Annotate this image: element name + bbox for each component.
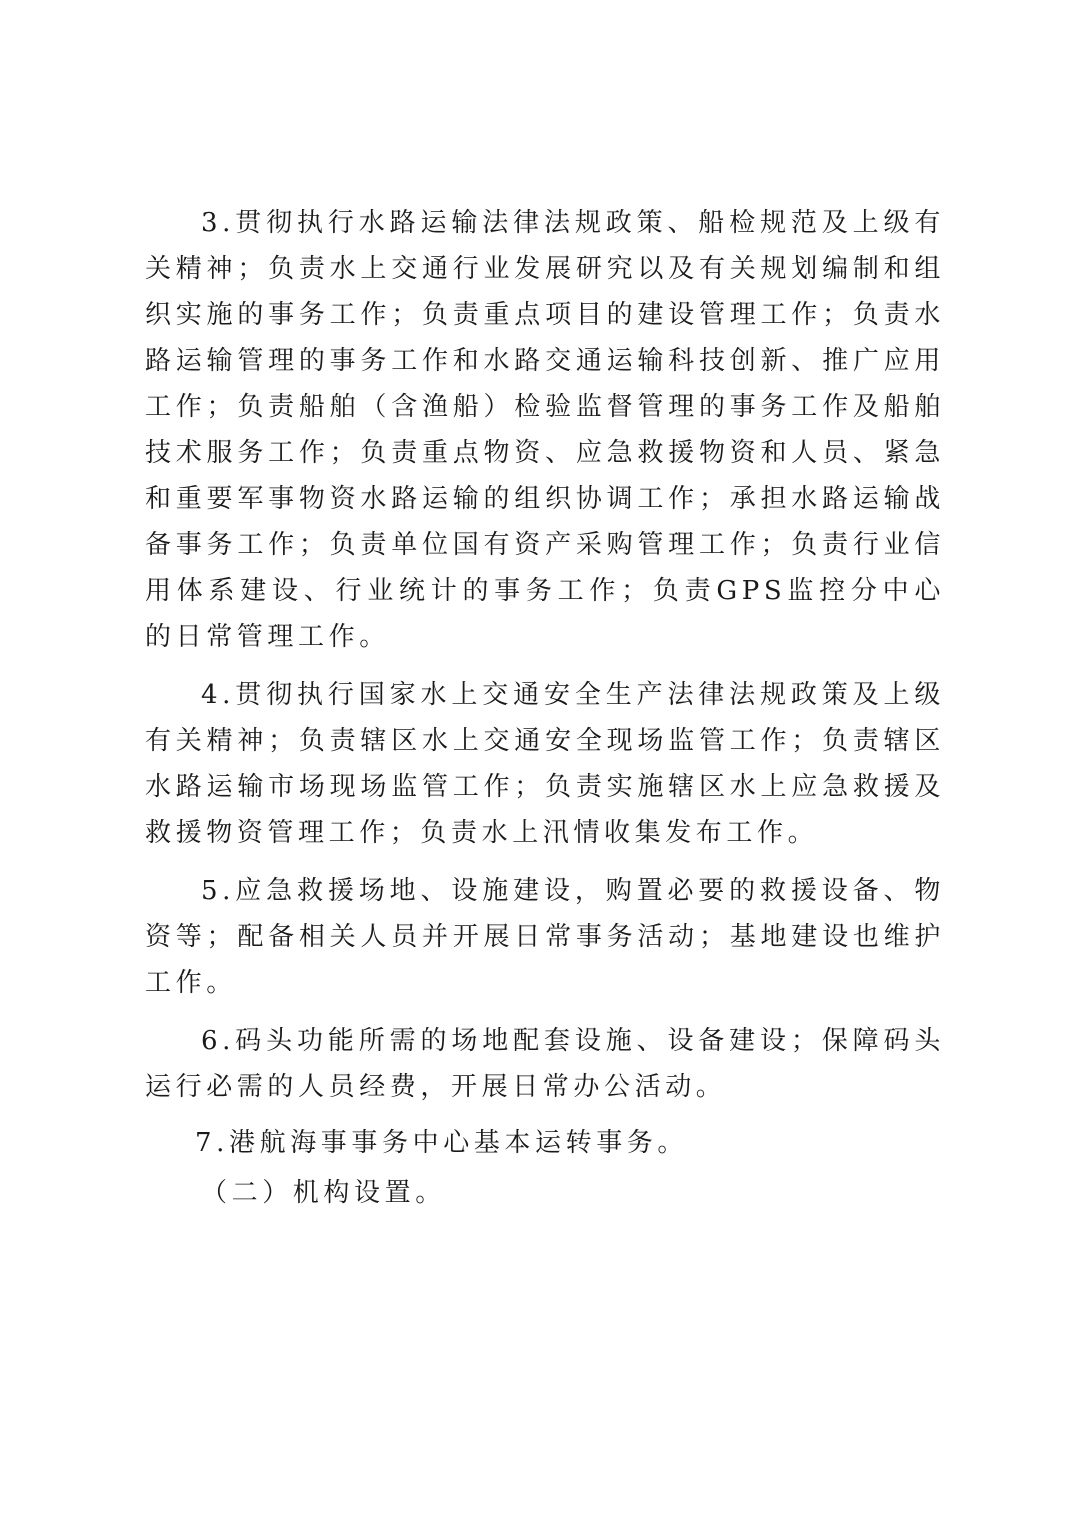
section-heading-organization: （二）机构设置。: [145, 1170, 945, 1216]
paragraph-item-4: 4.贯彻执行国家水上交通安全生产法律法规政策及上级有关精神；负责辖区水上交通安全…: [145, 672, 945, 856]
paragraph-item-7: 7.港航海事事务中心基本运转事务。: [145, 1120, 945, 1166]
paragraph-item-3: 3.贯彻执行水路运输法律法规政策、船检规范及上级有关精神；负责水上交通行业发展研…: [145, 200, 945, 660]
paragraph-item-6: 6.码头功能所需的场地配套设施、设备建设；保障码头运行必需的人员经费，开展日常办…: [145, 1018, 945, 1110]
paragraph-item-5: 5.应急救援场地、设施建设，购置必要的救援设备、物资等；配备相关人员并开展日常事…: [145, 868, 945, 1006]
document-page: 3.贯彻执行水路运输法律法规政策、船检规范及上级有关精神；负责水上交通行业发展研…: [145, 200, 945, 1216]
